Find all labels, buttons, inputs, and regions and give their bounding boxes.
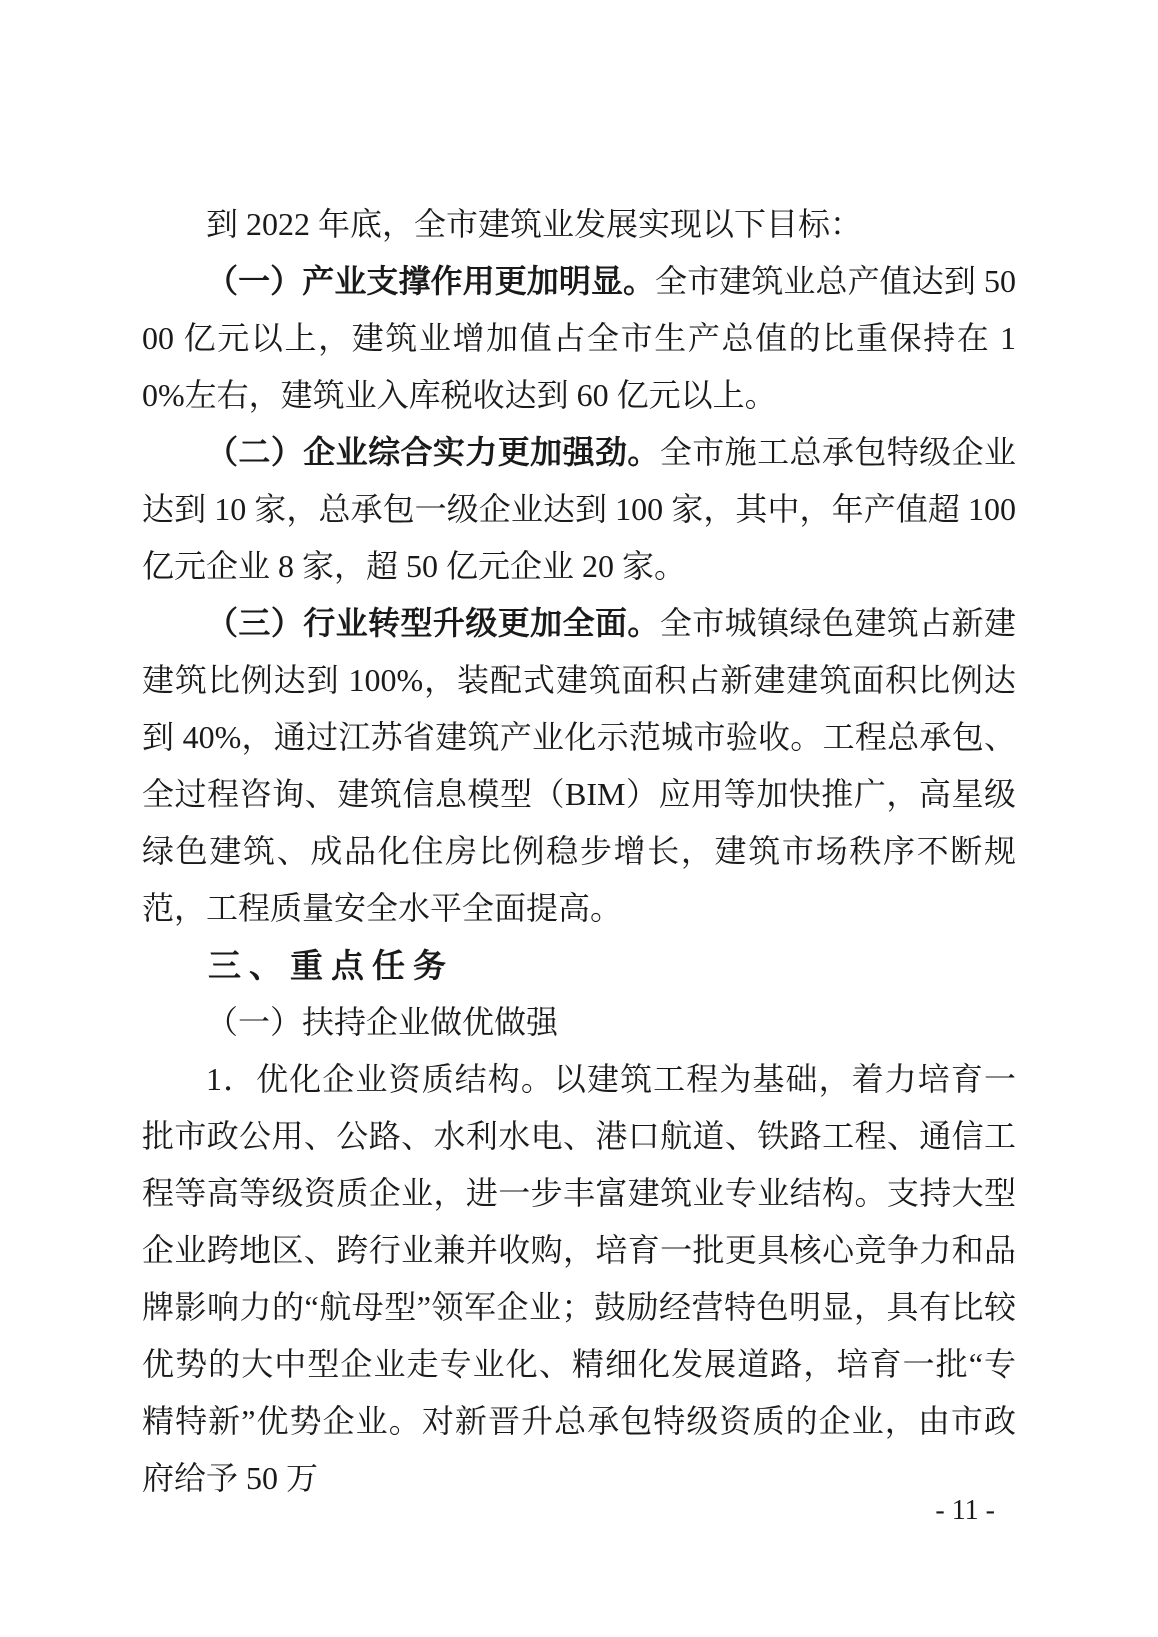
numbered-paragraph-1: 1．优化企业资质结构。以建筑工程为基础，着力培育一批市政公用、公路、水利水电、港… bbox=[142, 1051, 1016, 1507]
document-body: 到 2022 年底，全市建筑业发展实现以下目标： （一）产业支撑作用更加明显。全… bbox=[142, 196, 1016, 1507]
item-1-lead: （一）产业支撑作用更加明显。 bbox=[206, 263, 655, 299]
item-3-lead: （三）行业转型升级更加全面。 bbox=[206, 605, 660, 641]
item-paragraph-3: （三）行业转型升级更加全面。全市城镇绿色建筑占新建建筑比例达到 100%，装配式… bbox=[142, 595, 1016, 937]
numbered-1-text: 以建筑工程为基础，着力培育一批市政公用、公路、水利水电、港口航道、铁路工程、通信… bbox=[142, 1061, 1016, 1496]
document-page: 到 2022 年底，全市建筑业发展实现以下目标： （一）产业支撑作用更加明显。全… bbox=[0, 0, 1158, 1637]
item-paragraph-1: （一）产业支撑作用更加明显。全市建筑业总产值达到 5000 亿元以上，建筑业增加… bbox=[142, 253, 1016, 424]
item-3-text: 全市城镇绿色建筑占新建建筑比例达到 100%，装配式建筑面积占新建建筑面积比例达… bbox=[142, 605, 1016, 926]
item-paragraph-2: （二）企业综合实力更加强劲。全市施工总承包特级企业达到 10 家，总承包一级企业… bbox=[142, 424, 1016, 595]
page-number: - 11 - bbox=[935, 1497, 995, 1525]
section-heading: 三、重点任务 bbox=[142, 937, 1016, 994]
numbered-1-lead: 1．优化企业资质结构。 bbox=[206, 1061, 554, 1097]
subsection-heading: （一）扶持企业做优做强 bbox=[142, 994, 1016, 1051]
intro-paragraph: 到 2022 年底，全市建筑业发展实现以下目标： bbox=[142, 196, 1016, 253]
item-2-lead: （二）企业综合实力更加强劲。 bbox=[206, 434, 660, 470]
